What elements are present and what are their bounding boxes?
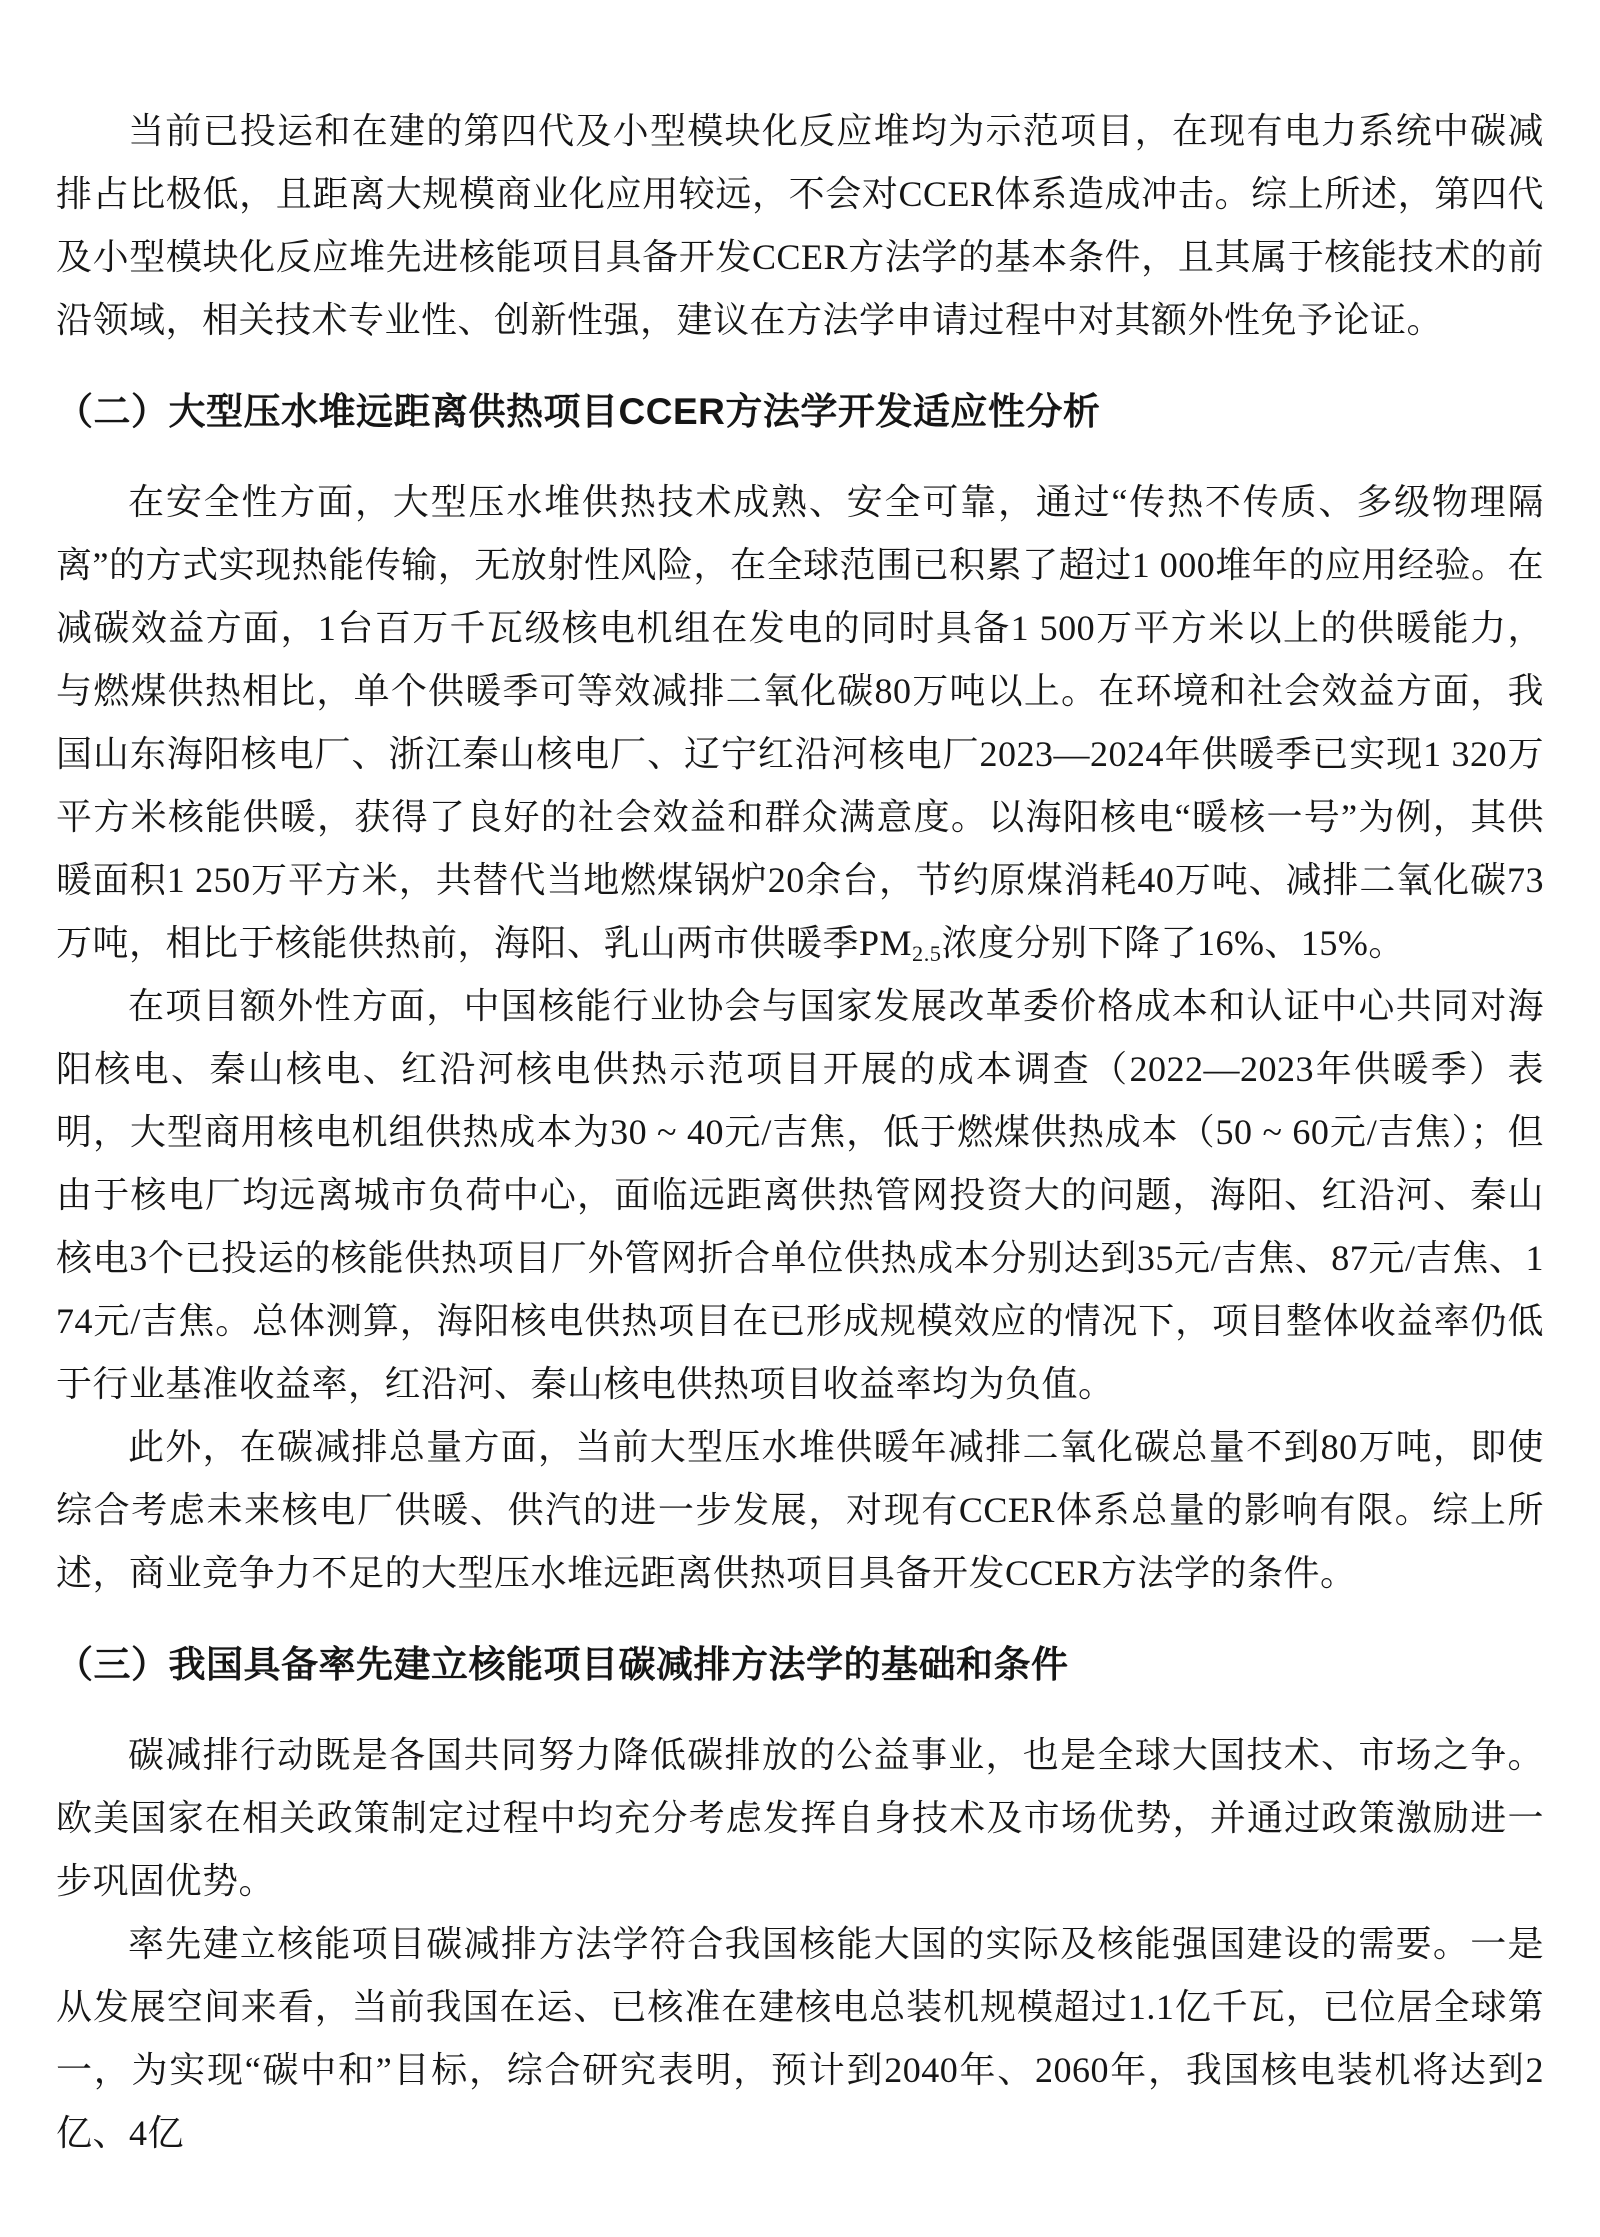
para-safety-carbon-benefit: 在安全性方面，大型压水堆供热技术成熟、安全可靠，通过“传热不传质、多级物理隔离”… bbox=[56, 471, 1544, 975]
document-body: 当前已投运和在建的第四代及小型模块化反应堆均为示范项目，在现有电力系统中碳减排占… bbox=[56, 100, 1544, 2165]
text-run: 在项目额外性方面，中国核能行业协会与国家发展改革委价格成本和认证中心共同对海阳核… bbox=[56, 986, 1544, 1404]
heading-section-2: （二）大型压水堆远距离供热项目CCER方法学开发适应性分析 bbox=[56, 380, 1544, 443]
para-nuclear-capacity-outlook: 率先建立核能项目碳减排方法学符合我国核能大国的实际及核能强国建设的需要。一是从发… bbox=[56, 1913, 1544, 2165]
text-run: 碳减排行动既是各国共同努力降低碳排放的公益事业，也是全球大国技术、市场之争。欧美… bbox=[56, 1735, 1544, 1901]
text-run: 当前已投运和在建的第四代及小型模块化反应堆均为示范项目，在现有电力系统中碳减排占… bbox=[56, 111, 1544, 340]
text-run: （三）我国具备率先建立核能项目碳减排方法学的基础和条件 bbox=[56, 1644, 1069, 1685]
document-page: 当前已投运和在建的第四代及小型模块化反应堆均为示范项目，在现有电力系统中碳减排占… bbox=[0, 0, 1600, 2237]
text-run: 率先建立核能项目碳减排方法学符合我国核能大国的实际及核能强国建设的需要。一是从发… bbox=[56, 1924, 1544, 2153]
text-run: 此外，在碳减排总量方面，当前大型压水堆供暖年减排二氧化碳总量不到80万吨，即使综… bbox=[56, 1427, 1544, 1593]
para-smr-conclusion: 当前已投运和在建的第四代及小型模块化反应堆均为示范项目，在现有电力系统中碳减排占… bbox=[56, 100, 1544, 352]
text-run: 在安全性方面，大型压水堆供热技术成熟、安全可靠，通过“传热不传质、多级物理隔离”… bbox=[56, 482, 1544, 963]
heading-section-3: （三）我国具备率先建立核能项目碳减排方法学的基础和条件 bbox=[56, 1633, 1544, 1696]
para-total-emission-reduction: 此外，在碳减排总量方面，当前大型压水堆供暖年减排二氧化碳总量不到80万吨，即使综… bbox=[56, 1416, 1544, 1605]
text-run: 浓度分别下降了16%、15%。 bbox=[941, 923, 1404, 963]
subscript-text: 2.5 bbox=[912, 941, 941, 966]
text-run: （二）大型压水堆远距离供热项目CCER方法学开发适应性分析 bbox=[56, 391, 1100, 432]
para-global-competition: 碳减排行动既是各国共同努力降低碳排放的公益事业，也是全球大国技术、市场之争。欧美… bbox=[56, 1724, 1544, 1913]
para-additionality-cost-survey: 在项目额外性方面，中国核能行业协会与国家发展改革委价格成本和认证中心共同对海阳核… bbox=[56, 975, 1544, 1416]
